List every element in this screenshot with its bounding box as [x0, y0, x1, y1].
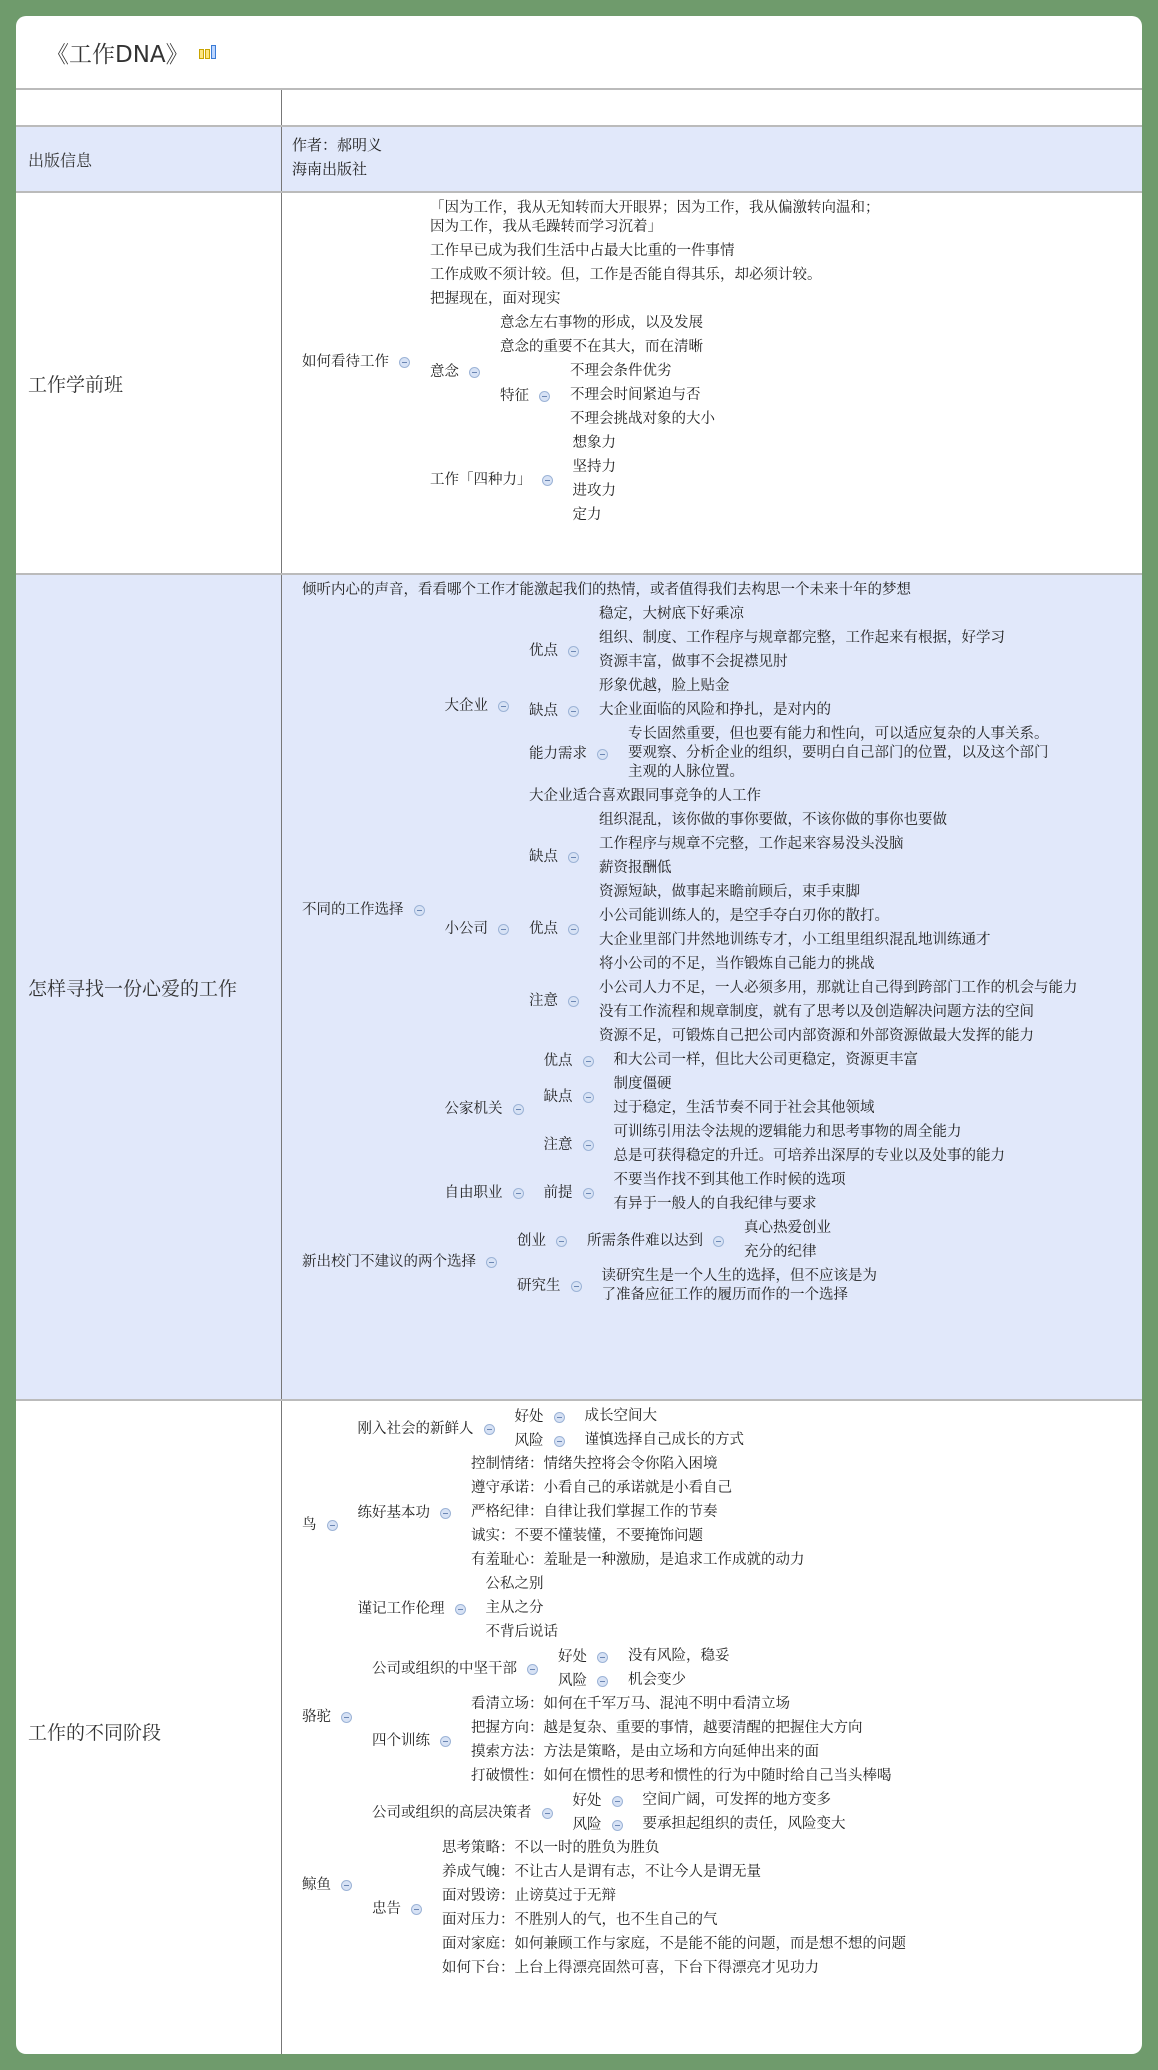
- mindmap-leaf[interactable]: 意念左右事物的形成，以及发展: [490, 312, 729, 336]
- mindmap-branch[interactable]: 公家机关优点和大公司一样，但比大公司更稳定，资源更丰富缺点制度僵硬过于稳定，生活…: [435, 1049, 1092, 1169]
- mindmap-leaf[interactable]: 「因为工作，我从无知转而大开眼界；因为工作，我从偏激转向温和； 因为工作，我从毛…: [420, 197, 894, 240]
- child-list: 所需条件难以达到真心热爱创业充分的纪律: [577, 1217, 845, 1265]
- section-label: 工作学前班: [16, 193, 281, 573]
- node-label: 稳定，大树底下好乘凉: [599, 603, 758, 627]
- node-label: 工作早已成为我们生活中占最大比重的一件事情: [430, 240, 749, 264]
- root-list: 鸟刚入社会的新鲜人好处成长空间大风险谨慎选择自己成长的方式练好基本功控制情绪：情…: [292, 1405, 1142, 1981]
- mindmap-leaf[interactable]: 定力: [563, 504, 631, 528]
- collapse-toggle-icon[interactable]: [597, 749, 608, 760]
- child-list: 可训练引用法令法规的逻辑能力和思考事物的周全能力总是可获得稳定的升迁。可培养出深…: [604, 1121, 1020, 1169]
- collapse-toggle-icon[interactable]: [469, 367, 480, 378]
- node-label: 遵守承诺：小看自己的承诺就是小看自己: [471, 1477, 746, 1501]
- mindmap-branch[interactable]: 好处空间广阔，可发挥的地方变多: [563, 1789, 860, 1813]
- node-label: 谨慎选择自己成长的方式: [585, 1429, 759, 1453]
- node-label: 看清立场：如何在千军万马、混沌不明中看清立场: [471, 1693, 804, 1717]
- child-list: 缺点组织混乱，该你做的事你要做，不该你做的事你也要做工作程序与规章不完整，工作起…: [519, 809, 1092, 1049]
- collapse-toggle-icon[interactable]: [498, 701, 509, 712]
- mindmap-leaf[interactable]: 养成气魄：不让古人是谓有志，不让今人是谓无量: [432, 1861, 920, 1885]
- collapse-toggle-icon[interactable]: [513, 1188, 524, 1199]
- node-label: 摸索方法：方法是策略，是由立场和方向延伸出来的面: [471, 1741, 833, 1765]
- child-list: 专长固然重要，但也要有能力和性向，可以适应复杂的人事关系。 要观察、分析企业的组…: [618, 723, 1063, 785]
- node-label: 要承担起组织的责任，风险变大: [643, 1813, 860, 1837]
- child-list: 「因为工作，我从无知转而大开眼界；因为工作，我从偏激转向温和； 因为工作，我从毛…: [420, 197, 894, 528]
- node-label: 公私之别: [486, 1573, 558, 1597]
- mindmap-leaf[interactable]: 想象力: [563, 432, 631, 456]
- node-label: 刚入社会的新鲜人: [358, 1418, 478, 1441]
- child-list: 公私之别主从之分不背后说话: [476, 1573, 573, 1645]
- node-label: 形象优越，脸上贴金: [599, 675, 744, 699]
- node-label: 「因为工作，我从无知转而大开眼界；因为工作，我从偏激转向温和； 因为工作，我从毛…: [430, 197, 894, 240]
- publication-label: 出版信息: [16, 127, 281, 191]
- collapse-toggle-icon[interactable]: [498, 924, 509, 935]
- mindmap-leaf[interactable]: 组织、制度、工作程序与规章都完整，工作起来有根据，好学习: [589, 627, 1019, 651]
- mindmap-tree: 倾听内心的声音，看看哪个工作才能激起我们的热情，或者值得我们去构思一个未来十年的…: [282, 575, 1142, 1312]
- mindmap-leaf[interactable]: 组织混乱，该你做的事你要做，不该你做的事你也要做: [589, 809, 961, 833]
- collapse-toggle-icon[interactable]: [554, 1436, 565, 1447]
- mindmap-leaf[interactable]: 不理会时间紧迫与否: [560, 384, 729, 408]
- mindmap-tree: 如何看待工作「因为工作，我从无知转而大开眼界；因为工作，我从偏激转向温和； 因为…: [282, 193, 1142, 532]
- collapse-toggle-icon[interactable]: [484, 1424, 495, 1435]
- node-label: 小公司: [445, 918, 493, 941]
- collapse-toggle-icon[interactable]: [327, 1520, 338, 1531]
- publisher: 海南出版社: [292, 157, 1132, 181]
- collapse-toggle-icon[interactable]: [341, 1880, 352, 1891]
- child-list: 真心热爱创业充分的纪律: [734, 1217, 845, 1265]
- collapse-toggle-icon[interactable]: [542, 475, 553, 486]
- mindmap-leaf[interactable]: 资源丰富，做事不会捉襟见肘: [589, 651, 1019, 675]
- child-list: 刚入社会的新鲜人好处成长空间大风险谨慎选择自己成长的方式练好基本功控制情绪：情绪…: [348, 1405, 819, 1645]
- collapse-toggle-icon[interactable]: [527, 1664, 538, 1675]
- node-label: 能力需求: [529, 743, 591, 766]
- publication-row: 出版信息 作者：郝明义 海南出版社: [16, 126, 1142, 192]
- mindmap-branch[interactable]: 工作「四种力」想象力坚持力进攻力定力: [420, 432, 894, 528]
- collapse-toggle-icon[interactable]: [583, 1056, 594, 1067]
- node-label: 不同的工作选择: [302, 899, 408, 922]
- node-label: 控制情绪：情绪失控将会令你陷入困境: [471, 1453, 732, 1477]
- mindmap-leaf[interactable]: 摸索方法：方法是策略，是由立场和方向延伸出来的面: [461, 1741, 906, 1765]
- collapse-toggle-icon[interactable]: [414, 905, 425, 916]
- mindmap-branch[interactable]: 公司或组织的中坚干部好处没有风险，稳妥风险机会变少: [362, 1645, 906, 1693]
- mindmap-leaf[interactable]: 坚持力: [563, 456, 631, 480]
- node-label: 过于稳定，生活节奏不同于社会其他领域: [614, 1097, 889, 1121]
- child-list: 创业所需条件难以达到真心热爱创业充分的纪律研究生读研究生是一个人生的选择，但不应…: [507, 1217, 891, 1308]
- child-list: 前提不要当作找不到其他工作时候的选项有异于一般人的自我纪律与要求: [534, 1169, 860, 1217]
- node-label: 优点: [544, 1050, 577, 1073]
- node-label: 新出校门不建议的两个选择: [302, 1251, 480, 1274]
- node-label: 注意: [544, 1134, 577, 1157]
- mindmap-leaf[interactable]: 把握现在，面对现实: [420, 288, 894, 312]
- mindmap-leaf[interactable]: 严格纪律：自律让我们掌握工作的节奏: [461, 1501, 819, 1525]
- mindmap-leaf[interactable]: 公私之别: [476, 1573, 573, 1597]
- child-list: 控制情绪：情绪失控将会令你陷入困境遵守承诺：小看自己的承诺就是小看自己严格纪律：…: [461, 1453, 819, 1573]
- author: 作者：郝明义: [292, 133, 1132, 157]
- node-label: 组织混乱，该你做的事你要做，不该你做的事你也要做: [599, 809, 961, 833]
- collapse-toggle-icon[interactable]: [583, 1188, 594, 1199]
- child-list: 公司或组织的高层决策者好处空间广阔，可发挥的地方变多风险要承担起组织的责任，风险…: [362, 1789, 920, 1981]
- mindmap-branch[interactable]: 风险谨慎选择自己成长的方式: [505, 1429, 759, 1453]
- node-label: 意念: [430, 361, 463, 384]
- mindmap-leaf[interactable]: 制度僵硬: [604, 1073, 889, 1097]
- mindmap-leaf[interactable]: 不理会条件优劣: [560, 360, 729, 384]
- node-label: 缺点: [529, 846, 562, 869]
- mindmap-leaf[interactable]: 资源不足，可锻炼自己把公司内部资源和外部资源做最大发挥的能力: [589, 1025, 1092, 1049]
- child-list: 机会变少: [618, 1669, 700, 1693]
- mindmap-branch[interactable]: 如何看待工作「因为工作，我从无知转而大开眼界；因为工作，我从偏激转向温和； 因为…: [292, 197, 1142, 528]
- mindmap-branch[interactable]: 公司或组织的高层决策者好处空间广阔，可发挥的地方变多风险要承担起组织的责任，风险…: [362, 1789, 920, 1837]
- mindmap-leaf[interactable]: 面对家庭：如何兼顾工作与家庭，不是能不能的问题，而是想不想的问题: [432, 1933, 920, 1957]
- node-label: 定力: [573, 504, 616, 528]
- node-label: 空间广阔，可发挥的地方变多: [643, 1789, 846, 1813]
- mindmap-leaf[interactable]: 意念的重要不在其大，而在清晰: [490, 336, 729, 360]
- mindmap-branch[interactable]: 所需条件难以达到真心热爱创业充分的纪律: [577, 1217, 845, 1265]
- node-label: 不要当作找不到其他工作时候的选项: [614, 1169, 860, 1193]
- child-list: 小公司能训练人的，是空手夺白刃你的散打。大企业里部门井然地训练专才，小工组里组织…: [589, 905, 1005, 953]
- mindmap-branch[interactable]: 好处没有风险，稳妥: [548, 1645, 744, 1669]
- node-label: 前提: [544, 1182, 577, 1205]
- mindmap-leaf[interactable]: 资源短缺，做事起来瞻前顾后，束手束脚: [589, 881, 961, 905]
- collapse-toggle-icon[interactable]: [568, 924, 579, 935]
- mindmap-tree: 鸟刚入社会的新鲜人好处成长空间大风险谨慎选择自己成长的方式练好基本功控制情绪：情…: [282, 1401, 1142, 1985]
- child-list: 制度僵硬过于稳定，生活节奏不同于社会其他领域: [604, 1073, 889, 1121]
- mindmap-branch[interactable]: 优点和大公司一样，但比大公司更稳定，资源更丰富: [534, 1049, 1020, 1073]
- node-label: 风险: [558, 1670, 591, 1693]
- collapse-toggle-icon[interactable]: [542, 1808, 553, 1819]
- node-label: 四个训练: [372, 1730, 434, 1753]
- node-label: 倾听内心的声音，看看哪个工作才能激起我们的热情，或者值得我们去构思一个未来十年的…: [302, 579, 925, 603]
- mindmap-branch[interactable]: 缺点制度僵硬过于稳定，生活节奏不同于社会其他领域: [534, 1073, 1020, 1121]
- mindmap-branch[interactable]: 缺点大企业面临的风险和挣扎，是对内的: [519, 699, 1063, 723]
- node-label: 意念的重要不在其大，而在清晰: [500, 336, 717, 360]
- collapse-toggle-icon[interactable]: [612, 1820, 623, 1831]
- child-list: 意念左右事物的形成，以及发展意念的重要不在其大，而在清晰特征不理会条件优劣不理会…: [490, 312, 729, 432]
- mindmap-leaf[interactable]: 看清立场：如何在千军万马、混沌不明中看清立场: [461, 1693, 906, 1717]
- child-list: 大企业优点稳定，大树底下好乘凉组织、制度、工作程序与规章都完整，工作起来有根据，…: [435, 603, 1092, 1217]
- collapse-toggle-icon[interactable]: [568, 852, 579, 863]
- child-list: 思考策略：不以一时的胜负为胜负养成气魄：不让古人是谓有志，不让今人是谓无量面对毁…: [432, 1837, 920, 1981]
- node-label: 有异于一般人的自我纪律与要求: [614, 1193, 831, 1217]
- node-label: 薪资报酬低: [599, 857, 686, 881]
- node-label: 缺点: [529, 700, 562, 723]
- child-list: 好处没有风险，稳妥风险机会变少: [548, 1645, 744, 1693]
- mindmap-branch[interactable]: 小公司缺点组织混乱，该你做的事你要做，不该你做的事你也要做工作程序与规章不完整，…: [435, 809, 1092, 1049]
- node-label: 面对家庭：如何兼顾工作与家庭，不是能不能的问题，而是想不想的问题: [442, 1933, 920, 1957]
- node-label: 面对压力：不胜别人的气，也不生自己的气: [442, 1909, 732, 1933]
- mindmap-leaf[interactable]: 专长固然重要，但也要有能力和性向，可以适应复杂的人事关系。 要观察、分析企业的组…: [618, 723, 1063, 785]
- node-label: 真心热爱创业: [744, 1217, 845, 1241]
- node-label: 创业: [517, 1230, 550, 1253]
- mindmap-leaf[interactable]: 打破惯性：如何在惯性的思考和惯性的行为中随时给自己当头棒喝: [461, 1765, 906, 1789]
- child-list: 不理会条件优劣不理会时间紧迫与否不理会挑战对象的大小: [560, 360, 729, 432]
- mindmap-branch[interactable]: 谨记工作伦理公私之别主从之分不背后说话: [348, 1573, 819, 1645]
- node-label: 总是可获得稳定的升迁。可培养出深厚的专业以及处事的能力: [614, 1145, 1020, 1169]
- mindmap-leaf[interactable]: 主从之分: [476, 1597, 573, 1621]
- section-row: 工作学前班 如何看待工作「因为工作，我从无知转而大开眼界；因为工作，我从偏激转向…: [16, 192, 1142, 574]
- node-label: 风险: [515, 1430, 548, 1453]
- child-list: 组织混乱，该你做的事你要做，不该你做的事你也要做工作程序与规章不完整，工作起来容…: [589, 809, 961, 905]
- node-label: 风险: [573, 1814, 606, 1837]
- mindmap-leaf[interactable]: 倾听内心的声音，看看哪个工作才能激起我们的热情，或者值得我们去构思一个未来十年的…: [292, 579, 1142, 603]
- collapse-toggle-icon[interactable]: [568, 646, 579, 657]
- collapse-toggle-icon[interactable]: [556, 1236, 567, 1247]
- node-label: 好处: [573, 1790, 606, 1813]
- mindmap-leaf[interactable]: 小公司人力不足，一人必须多用，那就让自己得到跨部门工作的机会与能力: [589, 977, 1092, 1001]
- mindmap-leaf[interactable]: 过于稳定，生活节奏不同于社会其他领域: [604, 1097, 889, 1121]
- node-label: 可训练引用法令法规的逻辑能力和思考事物的周全能力: [614, 1121, 976, 1145]
- node-label: 资源不足，可锻炼自己把公司内部资源和外部资源做最大发挥的能力: [599, 1025, 1048, 1049]
- mindmap-branch[interactable]: 大企业优点稳定，大树底下好乘凉组织、制度、工作程序与规章都完整，工作起来有根据，…: [435, 603, 1092, 809]
- node-label: 自由职业: [445, 1182, 507, 1205]
- mindmap-leaf[interactable]: 要承担起组织的责任，风险变大: [633, 1813, 860, 1837]
- collapse-toggle-icon[interactable]: [554, 1412, 565, 1423]
- mindmap-branch[interactable]: 不同的工作选择大企业优点稳定，大树底下好乘凉组织、制度、工作程序与规章都完整，工…: [292, 603, 1142, 1217]
- mindmap-leaf[interactable]: 读研究生是一个人生的选择，但不应该是为 了准备应征工作的履历而作的一个选择: [592, 1265, 892, 1308]
- empty-row: [16, 90, 1142, 126]
- collapse-toggle-icon[interactable]: [411, 1904, 422, 1915]
- mindmap-leaf[interactable]: 工作程序与规章不完整，工作起来容易没头没脑: [589, 833, 961, 857]
- node-label: 将小公司的不足，当作锻炼自己能力的挑战: [599, 953, 889, 977]
- collapse-toggle-icon[interactable]: [612, 1796, 623, 1807]
- child-list: 好处成长空间大风险谨慎选择自己成长的方式: [505, 1405, 759, 1453]
- node-label: 好处: [558, 1646, 591, 1669]
- mindmap-leaf[interactable]: 把握方向：越是复杂、重要的事情，越要清醒的把握住大方向: [461, 1717, 906, 1741]
- mindmap-leaf[interactable]: 谨慎选择自己成长的方式: [575, 1429, 759, 1453]
- mindmap-leaf[interactable]: 有异于一般人的自我纪律与要求: [604, 1193, 860, 1217]
- node-label: 诚实：不要不懂装懂，不要掩饰问题: [471, 1525, 717, 1549]
- mindmap-branch[interactable]: 优点小公司能训练人的，是空手夺白刃你的散打。大企业里部门井然地训练专才，小工组里…: [519, 905, 1092, 953]
- mindmap-leaf[interactable]: 面对毁谤：止谤莫过于无辩: [432, 1885, 920, 1909]
- node-label: 大企业: [445, 695, 493, 718]
- mindmap-leaf[interactable]: 大企业里部门井然地训练专才，小工组里组织混乱地训练通才: [589, 929, 1005, 953]
- node-label: 资源短缺，做事起来瞻前顾后，束手束脚: [599, 881, 874, 905]
- child-list: 谨慎选择自己成长的方式: [575, 1429, 759, 1453]
- mindmap-branch[interactable]: 鲸鱼公司或组织的高层决策者好处空间广阔，可发挥的地方变多风险要承担起组织的责任，…: [292, 1789, 1142, 1981]
- mindmap-leaf[interactable]: 充分的纪律: [734, 1241, 845, 1265]
- child-list: 不要当作找不到其他工作时候的选项有异于一般人的自我纪律与要求: [604, 1169, 860, 1217]
- mindmap-branch[interactable]: 前提不要当作找不到其他工作时候的选项有异于一般人的自我纪律与要求: [534, 1169, 860, 1217]
- mindmap-branch[interactable]: 新出校门不建议的两个选择创业所需条件难以达到真心热爱创业充分的纪律研究生读研究生…: [292, 1217, 1142, 1308]
- collapse-toggle-icon[interactable]: [486, 1257, 497, 1268]
- mindmap-branch[interactable]: 缺点组织混乱，该你做的事你要做，不该你做的事你也要做工作程序与规章不完整，工作起…: [519, 809, 1092, 905]
- node-label: 鲸鱼: [302, 1874, 335, 1897]
- node-label: 小公司能训练人的，是空手夺白刃你的散打。: [599, 905, 903, 929]
- mindmap-leaf[interactable]: 没有风险，稳妥: [618, 1645, 744, 1669]
- node-label: 思考策略：不以一时的胜负为胜负: [442, 1837, 674, 1861]
- node-label: 意念左右事物的形成，以及发展: [500, 312, 717, 336]
- mindmap-leaf[interactable]: 不背后说话: [476, 1621, 573, 1645]
- node-label: 公司或组织的高层决策者: [372, 1802, 536, 1825]
- section-row: 怎样寻找一份心爱的工作 倾听内心的声音，看看哪个工作才能激起我们的热情，或者值得…: [16, 574, 1142, 1400]
- mindmap-leaf[interactable]: 真心热爱创业: [734, 1217, 845, 1241]
- node-label: 鸟: [302, 1514, 321, 1537]
- collapse-toggle-icon[interactable]: [539, 391, 550, 402]
- node-label: 不理会时间紧迫与否: [570, 384, 715, 408]
- mindmap-leaf[interactable]: 机会变少: [618, 1669, 700, 1693]
- collapse-toggle-icon[interactable]: [399, 357, 410, 368]
- mindmap-branch[interactable]: 研究生读研究生是一个人生的选择，但不应该是为 了准备应征工作的履历而作的一个选择: [507, 1265, 891, 1308]
- mindmap-leaf[interactable]: 不理会挑战对象的大小: [560, 408, 729, 432]
- title-bar: 《工作DNA》: [16, 16, 1142, 90]
- mindmap-leaf[interactable]: 工作成败不须计较。但，工作是否能自得其乐，却必须计较。: [420, 264, 894, 288]
- node-label: 骆驼: [302, 1706, 335, 1729]
- node-label: 大企业面临的风险和挣扎，是对内的: [599, 699, 845, 723]
- node-label: 把握现在，面对现实: [430, 288, 575, 312]
- mindmap-branch[interactable]: 好处成长空间大: [505, 1405, 759, 1429]
- node-label: 不理会条件优劣: [570, 360, 686, 384]
- node-label: 如何看待工作: [302, 351, 393, 374]
- section-label: 工作的不同阶段: [16, 1401, 281, 2054]
- mindmap-branch[interactable]: 优点稳定，大树底下好乘凉组织、制度、工作程序与规章都完整，工作起来有根据，好学习…: [519, 603, 1063, 699]
- collapse-toggle-icon[interactable]: [455, 1604, 466, 1615]
- mindmap-leaf[interactable]: 工作早已成为我们生活中占最大比重的一件事情: [420, 240, 894, 264]
- section-label: 怎样寻找一份心爱的工作: [16, 575, 281, 1399]
- child-list: 公司或组织的中坚干部好处没有风险，稳妥风险机会变少四个训练看清立场：如何在千军万…: [362, 1645, 906, 1789]
- mindmap-leaf[interactable]: 稳定，大树底下好乘凉: [589, 603, 1019, 627]
- mindmap-branch[interactable]: 练好基本功控制情绪：情绪失控将会令你陷入困境遵守承诺：小看自己的承诺就是小看自己…: [348, 1453, 819, 1573]
- mindmap-leaf[interactable]: 可训练引用法令法规的逻辑能力和思考事物的周全能力: [604, 1121, 1020, 1145]
- node-label: 公家机关: [445, 1098, 507, 1121]
- mindmap-leaf[interactable]: 思考策略：不以一时的胜负为胜负: [432, 1837, 920, 1861]
- mindmap-leaf[interactable]: 小公司能训练人的，是空手夺白刃你的散打。: [589, 905, 1005, 929]
- page-title: 《工作DNA》: [46, 36, 189, 69]
- collapse-toggle-icon[interactable]: [568, 996, 579, 1007]
- node-label: 资源丰富，做事不会捉襟见肘: [599, 651, 802, 675]
- node-label: 主从之分: [486, 1597, 558, 1621]
- child-list: 空间广阔，可发挥的地方变多: [633, 1789, 846, 1813]
- mindmap-leaf[interactable]: 如何下台：上台上得漂亮固然可喜，下台下得漂亮才见功力: [432, 1957, 920, 1981]
- node-label: 优点: [529, 640, 562, 663]
- collapse-toggle-icon[interactable]: [440, 1508, 451, 1519]
- mindmap-leaf[interactable]: 面对压力：不胜别人的气，也不生自己的气: [432, 1909, 920, 1933]
- mindmap-leaf[interactable]: 和大公司一样，但比大公司更稳定，资源更丰富: [604, 1049, 933, 1073]
- mindmap-branch[interactable]: 注意将小公司的不足，当作锻炼自己能力的挑战小公司人力不足，一人必须多用，那就让自…: [519, 953, 1092, 1049]
- collapse-toggle-icon[interactable]: [713, 1236, 724, 1247]
- mindmap-branch[interactable]: 忠告思考策略：不以一时的胜负为胜负养成气魄：不让古人是谓有志，不让今人是谓无量面…: [362, 1837, 920, 1981]
- node-label: 严格纪律：自律让我们掌握工作的节奏: [471, 1501, 732, 1525]
- child-list: 优点稳定，大树底下好乘凉组织、制度、工作程序与规章都完整，工作起来有根据，好学习…: [519, 603, 1063, 809]
- chart-icon[interactable]: [199, 45, 216, 59]
- node-label: 机会变少: [628, 1669, 700, 1693]
- node-label: 面对毁谤：止谤莫过于无辩: [442, 1885, 630, 1909]
- node-label: 大企业适合喜欢跟同事竞争的人工作: [529, 785, 775, 809]
- child-list: 要承担起组织的责任，风险变大: [633, 1813, 860, 1837]
- node-label: 工作「四种力」: [430, 469, 536, 492]
- child-list: 成长空间大: [575, 1405, 672, 1429]
- node-label: 不背后说话: [486, 1621, 573, 1645]
- collapse-toggle-icon[interactable]: [597, 1652, 608, 1663]
- mindmap-leaf[interactable]: 进攻力: [563, 480, 631, 504]
- collapse-toggle-icon[interactable]: [440, 1736, 451, 1747]
- mindmap-leaf[interactable]: 薪资报酬低: [589, 857, 961, 881]
- mindmap-leaf[interactable]: 大企业面临的风险和挣扎，是对内的: [589, 699, 845, 723]
- node-label: 组织、制度、工作程序与规章都完整，工作起来有根据，好学习: [599, 627, 1019, 651]
- node-label: 练好基本功: [358, 1502, 435, 1525]
- child-list: 读研究生是一个人生的选择，但不应该是为 了准备应征工作的履历而作的一个选择: [592, 1265, 892, 1308]
- node-label: 忠告: [372, 1898, 405, 1921]
- mindmap-leaf[interactable]: 控制情绪：情绪失控将会令你陷入困境: [461, 1453, 819, 1477]
- child-list: 大企业面临的风险和挣扎，是对内的: [589, 699, 845, 723]
- node-label: 打破惯性：如何在惯性的思考和惯性的行为中随时给自己当头棒喝: [471, 1765, 906, 1789]
- node-label: 专长固然重要，但也要有能力和性向，可以适应复杂的人事关系。 要观察、分析企业的组…: [628, 723, 1063, 785]
- mindmap-branch[interactable]: 意念意念左右事物的形成，以及发展意念的重要不在其大，而在清晰特征不理会条件优劣不…: [420, 312, 894, 432]
- node-label: 进攻力: [573, 480, 631, 504]
- mindmap-branch[interactable]: 骆驼公司或组织的中坚干部好处没有风险，稳妥风险机会变少四个训练看清立场：如何在千…: [292, 1645, 1142, 1789]
- mindmap-leaf[interactable]: 遵守承诺：小看自己的承诺就是小看自己: [461, 1477, 819, 1501]
- mindmap-branch[interactable]: 风险机会变少: [548, 1669, 744, 1693]
- mindmap-branch[interactable]: 创业所需条件难以达到真心热爱创业充分的纪律: [507, 1217, 891, 1265]
- node-label: 研究生: [517, 1275, 565, 1298]
- node-label: 特征: [500, 385, 533, 408]
- mindmap-leaf[interactable]: 成长空间大: [575, 1405, 672, 1429]
- root-list: 如何看待工作「因为工作，我从无知转而大开眼界；因为工作，我从偏激转向温和； 因为…: [292, 197, 1142, 528]
- mindmap-leaf[interactable]: 大企业适合喜欢跟同事竞争的人工作: [519, 785, 1063, 809]
- node-label: 养成气魄：不让古人是谓有志，不让今人是谓无量: [442, 1861, 775, 1885]
- child-list: 优点和大公司一样，但比大公司更稳定，资源更丰富缺点制度僵硬过于稳定，生活节奏不同…: [534, 1049, 1020, 1169]
- node-label: 坚持力: [573, 456, 631, 480]
- collapse-toggle-icon[interactable]: [583, 1140, 594, 1151]
- node-label: 读研究生是一个人生的选择，但不应该是为 了准备应征工作的履历而作的一个选择: [602, 1265, 892, 1308]
- node-label: 充分的纪律: [744, 1241, 831, 1265]
- collapse-toggle-icon[interactable]: [341, 1712, 352, 1723]
- node-label: 制度僵硬: [614, 1073, 686, 1097]
- mindmap-leaf[interactable]: 诚实：不要不懂装懂，不要掩饰问题: [461, 1525, 819, 1549]
- node-label: 所需条件难以达到: [587, 1230, 707, 1253]
- mindmap-leaf[interactable]: 不要当作找不到其他工作时候的选项: [604, 1169, 860, 1193]
- mindmap-branch[interactable]: 刚入社会的新鲜人好处成长空间大风险谨慎选择自己成长的方式: [348, 1405, 819, 1453]
- child-list: 没有风险，稳妥: [618, 1645, 744, 1669]
- node-label: 没有工作流程和规章制度，就有了思考以及创造解决问题方法的空间: [599, 1001, 1048, 1025]
- node-label: 注意: [529, 990, 562, 1013]
- mindmap-branch[interactable]: 注意可训练引用法令法规的逻辑能力和思考事物的周全能力总是可获得稳定的升迁。可培养…: [534, 1121, 1020, 1169]
- collapse-toggle-icon[interactable]: [583, 1092, 594, 1103]
- child-list: 看清立场：如何在千军万马、混沌不明中看清立场把握方向：越是复杂、重要的事情，越要…: [461, 1693, 906, 1789]
- node-label: 工作程序与规章不完整，工作起来容易没头没脑: [599, 833, 918, 857]
- mindmap-leaf[interactable]: 有羞耻心：羞耻是一种激励，是追求工作成就的动力: [461, 1549, 819, 1573]
- child-list: 和大公司一样，但比大公司更稳定，资源更丰富: [604, 1049, 933, 1073]
- mindmap-branch[interactable]: 能力需求专长固然重要，但也要有能力和性向，可以适应复杂的人事关系。 要观察、分析…: [519, 723, 1063, 785]
- child-list: 稳定，大树底下好乘凉组织、制度、工作程序与规章都完整，工作起来有根据，好学习资源…: [589, 603, 1019, 699]
- root-list: 倾听内心的声音，看看哪个工作才能激起我们的热情，或者值得我们去构思一个未来十年的…: [292, 579, 1142, 1308]
- mindmap-branch[interactable]: 鸟刚入社会的新鲜人好处成长空间大风险谨慎选择自己成长的方式练好基本功控制情绪：情…: [292, 1405, 1142, 1645]
- node-label: 有羞耻心：羞耻是一种激励，是追求工作成就的动力: [471, 1549, 819, 1573]
- node-label: 大企业里部门井然地训练专才，小工组里组织混乱地训练通才: [599, 929, 1005, 953]
- collapse-toggle-icon[interactable]: [513, 1104, 524, 1115]
- collapse-toggle-icon[interactable]: [571, 1281, 582, 1292]
- node-label: 小公司人力不足，一人必须多用，那就让自己得到跨部门工作的机会与能力: [599, 977, 1092, 1001]
- mindmap-branch[interactable]: 风险要承担起组织的责任，风险变大: [563, 1813, 860, 1837]
- mindmap-leaf[interactable]: 没有工作流程和规章制度，就有了思考以及创造解决问题方法的空间: [589, 1001, 1092, 1025]
- node-label: 公司或组织的中坚干部: [372, 1658, 521, 1681]
- node-label: 把握方向：越是复杂、重要的事情，越要清醒的把握住大方向: [471, 1717, 877, 1741]
- node-label: 好处: [515, 1406, 548, 1429]
- node-label: 成长空间大: [585, 1405, 672, 1429]
- node-label: 想象力: [573, 432, 631, 456]
- collapse-toggle-icon[interactable]: [568, 706, 579, 717]
- mindmap-branch[interactable]: 特征不理会条件优劣不理会时间紧迫与否不理会挑战对象的大小: [490, 360, 729, 432]
- mindmap-leaf[interactable]: 将小公司的不足，当作锻炼自己能力的挑战: [589, 953, 1092, 977]
- mindmap-leaf[interactable]: 空间广阔，可发挥的地方变多: [633, 1789, 846, 1813]
- outline-table: 出版信息 作者：郝明义 海南出版社 工作学前班 如何看待工作「因为工作，我从无知…: [16, 90, 1142, 2054]
- mindmap-card: 《工作DNA》 出版信息 作者：郝明义 海南出版社 工作学前班 如何看待工作「因…: [16, 16, 1142, 2054]
- node-label: 没有风险，稳妥: [628, 1645, 744, 1669]
- mindmap-branch[interactable]: 四个训练看清立场：如何在千军万马、混沌不明中看清立场把握方向：越是复杂、重要的事…: [362, 1693, 906, 1789]
- mindmap-branch[interactable]: 自由职业前提不要当作找不到其他工作时候的选项有异于一般人的自我纪律与要求: [435, 1169, 1092, 1217]
- mindmap-leaf[interactable]: 总是可获得稳定的升迁。可培养出深厚的专业以及处事的能力: [604, 1145, 1020, 1169]
- mindmap-leaf[interactable]: 形象优越，脸上贴金: [589, 675, 1019, 699]
- collapse-toggle-icon[interactable]: [597, 1676, 608, 1687]
- node-label: 工作成败不须计较。但，工作是否能自得其乐，却必须计较。: [430, 264, 836, 288]
- node-label: 优点: [529, 918, 562, 941]
- node-label: 谨记工作伦理: [358, 1598, 449, 1621]
